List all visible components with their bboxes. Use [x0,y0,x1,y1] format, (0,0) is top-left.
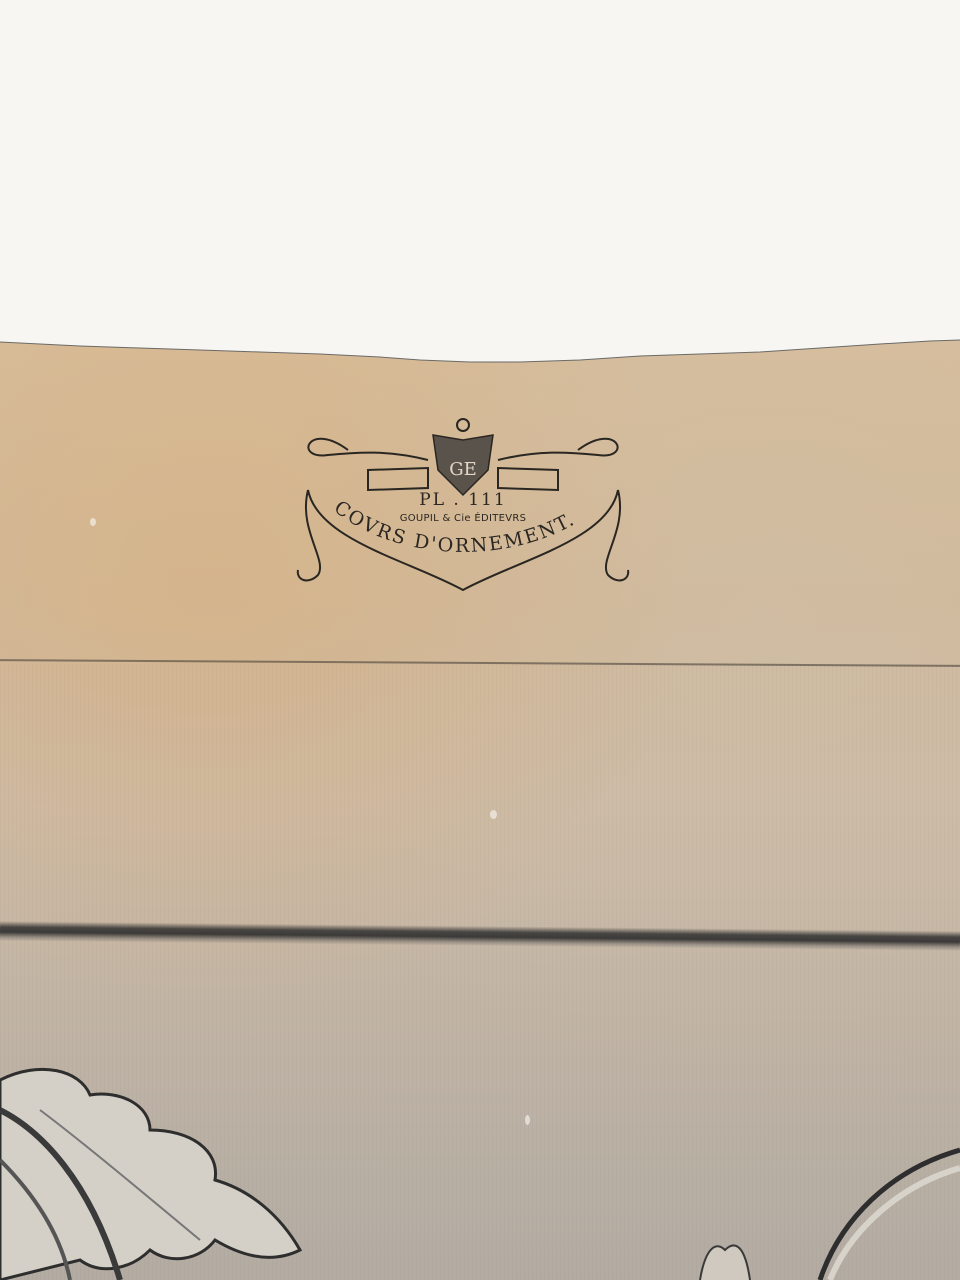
plate-number: PL . 111 [288,490,638,510]
svg-text:GE: GE [449,459,477,480]
paper-spot [90,518,96,526]
publisher-line: GOUPIL & Cie ÉDITEVRS [288,513,638,524]
publisher-cartouche: GE COVRS D'ORNEMENT. PL . 111 GOUPIL & C… [288,410,638,600]
paper-spot [525,1115,530,1125]
paper-spot [490,810,497,819]
torn-paper-edge [0,330,960,370]
acanthus-leaf-drawing-left [0,1040,320,1280]
acanthus-scroll-drawing-right [680,1140,960,1280]
